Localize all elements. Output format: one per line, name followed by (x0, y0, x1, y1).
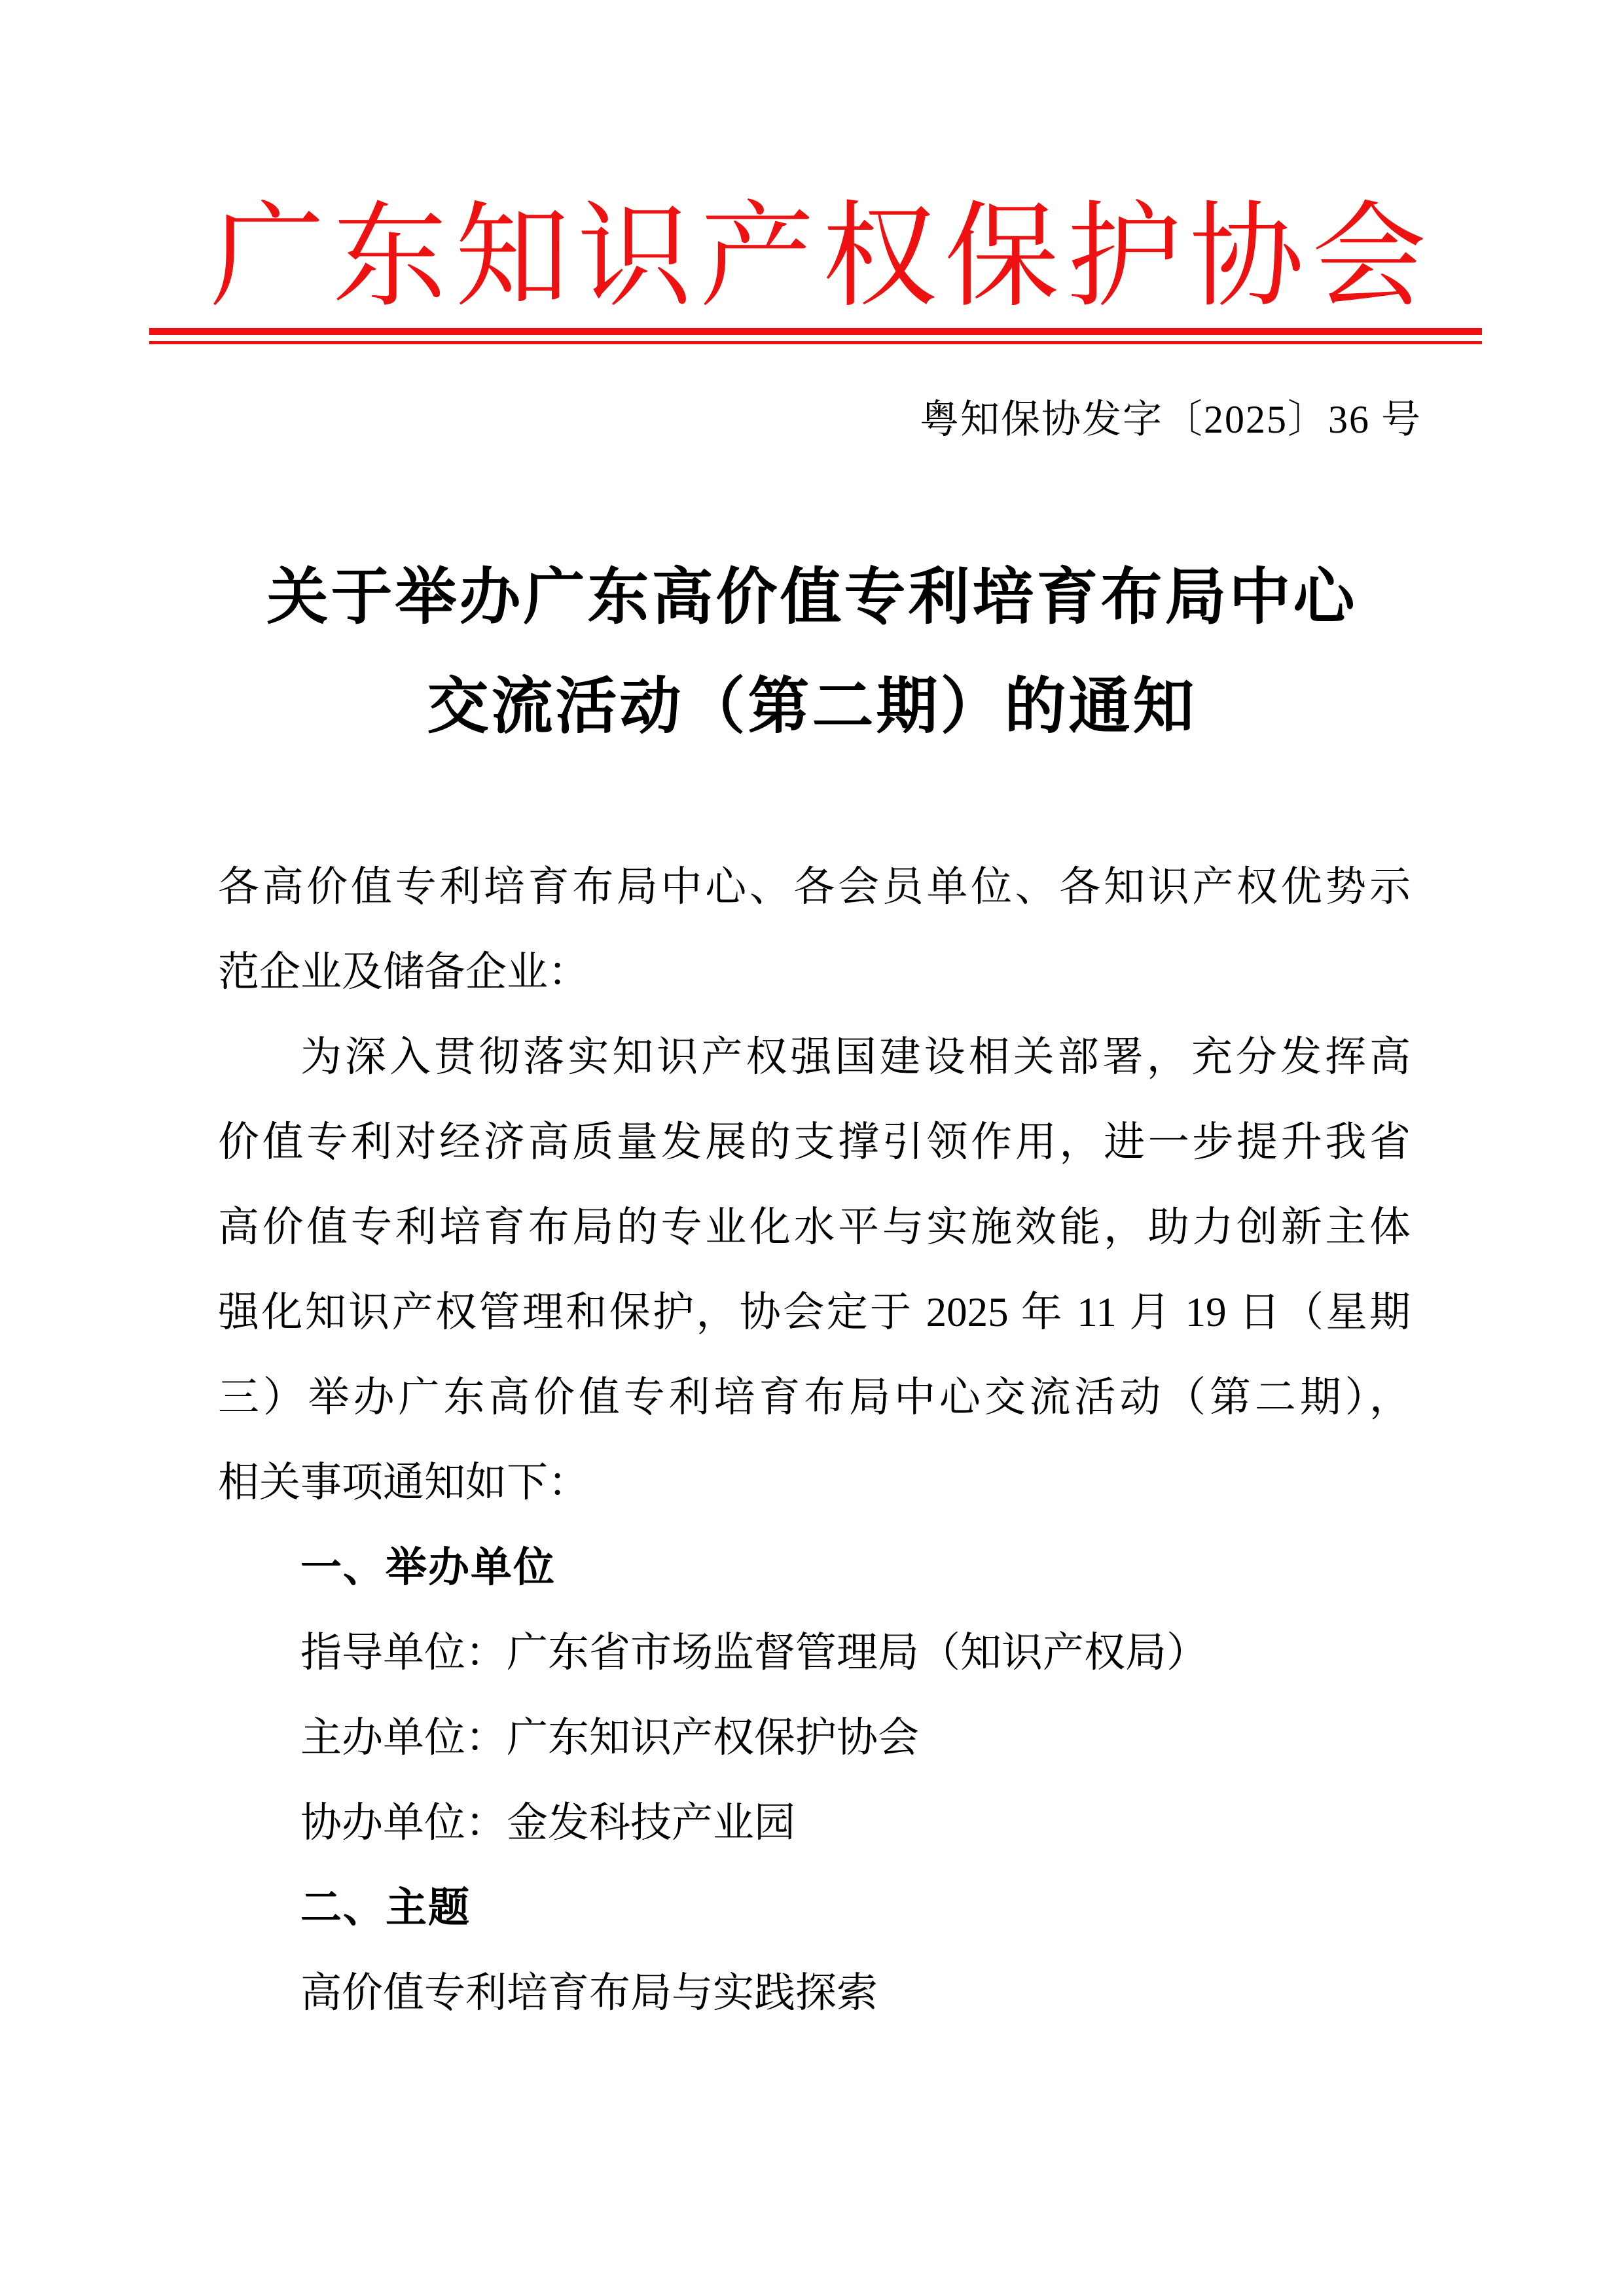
paragraph-line: 为深入贯彻落实知识产权强国建设相关部署，充分发挥高 (218, 1014, 1411, 1100)
notice-body: 各高价值专利培育布局中心、各会员单位、各知识产权优势示 范企业及储备企业： 为深… (218, 844, 1411, 2036)
section-heading-theme: 二、主题 (218, 1865, 1411, 1950)
paragraph-line: 相关事项通知如下： (218, 1440, 1411, 1525)
paragraph-line: 强化知识产权管理和保护，协会定于 2025 年 11 月 19 日（星期 (218, 1270, 1411, 1355)
guiding-unit-line: 指导单位：广东省市场监督管理局（知识产权局） (218, 1610, 1411, 1695)
theme-line: 高价值专利培育布局与实践探索 (218, 1950, 1411, 2036)
host-unit-line: 主办单位：广东知识产权保护协会 (218, 1695, 1411, 1780)
letterhead-double-rule (149, 328, 1482, 344)
notice-title-line-1: 关于举办广东高价值专利培育布局中心 (0, 543, 1624, 653)
letterhead-org-name: 广东知识产权保护协会 (210, 185, 1426, 309)
notice-title: 关于举办广东高价值专利培育布局中心 交流活动（第二期）的通知 (0, 543, 1624, 762)
section-heading-organizers: 一、举办单位 (218, 1525, 1411, 1610)
paragraph-line: 价值专利对经济高质量发展的支撑引领作用，进一步提升我省 (218, 1100, 1411, 1185)
doc-issue-number: 粤知保协发字〔2025〕36 号 (920, 391, 1422, 448)
paragraph-line: 三）举办广东高价值专利培育布局中心交流活动（第二期）， (218, 1355, 1411, 1440)
co-organizer-line: 协办单位：金发科技产业园 (218, 1780, 1411, 1865)
notice-title-line-2: 交流活动（第二期）的通知 (0, 653, 1624, 762)
paragraph-line: 高价值专利培育布局的专业化水平与实施效能，助力创新主体 (218, 1185, 1411, 1270)
salutation-line-2: 范企业及储备企业： (218, 929, 1411, 1014)
document-page: 广东知识产权保护协会 粤知保协发字〔2025〕36 号 关于举办广东高价值专利培… (0, 0, 1624, 2296)
salutation-line-1: 各高价值专利培育布局中心、各会员单位、各知识产权优势示 (218, 844, 1411, 929)
